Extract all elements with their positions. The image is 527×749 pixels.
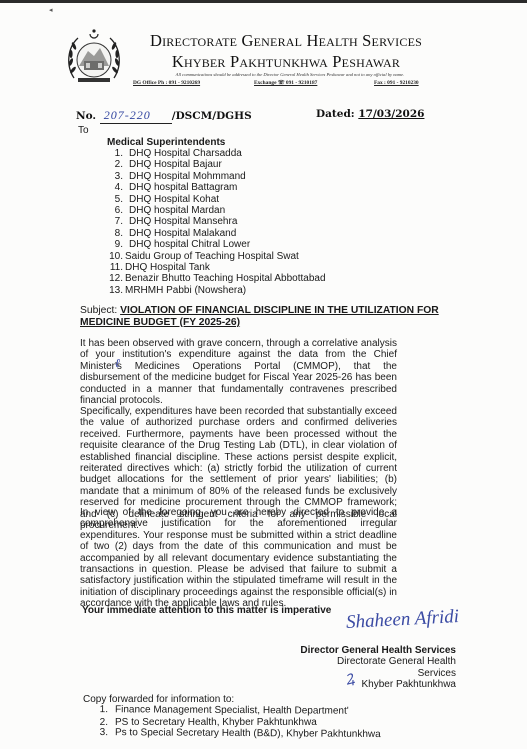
addressee-item-number: 9. [108,239,123,250]
copy-to-item-number: 3. [97,727,108,739]
signatory-province: Khyber Pakhtunkhwa [300,679,456,690]
addressee-item-text: DHQ Hospital Malakand [129,228,236,239]
addressee-item: 1.DHQ Hospital Charsadda [108,148,326,159]
addressee-item-number: 5. [108,194,123,205]
addressee-heading: Medical Superintendents [107,137,225,148]
letterhead-title-line1: Directorate General Health Services [136,33,436,50]
subject-text: VIOLATION OF FINANCIAL DISCIPLINE IN THE… [80,305,439,328]
body-paragraph-3: In view of the foregoing, you are hereby… [80,507,397,610]
reference-no-suffix: /DSCM/DGHS [172,110,252,122]
reference-number: No. 207-220/DSCM/DGHS [76,108,252,124]
addressee-item-number: 10. [108,251,123,262]
reference-no-label: No. [76,110,96,122]
addressee-item: 5.DHQ Hospital Kohat [108,194,326,205]
addressee-item-number: 6. [108,205,123,216]
copy-to-item-text: Ps to Special Secretary Health (B&D), Kh… [115,727,381,740]
addressee-item: 2.DHQ Hospital Bajaur [108,159,326,170]
copy-to-item-text: Finance Management Specialist, Health De… [115,704,349,716]
addressee-item-number: 11. [108,262,123,273]
addressee-list: 1.DHQ Hospital Charsadda2.DHQ Hospital B… [108,148,326,296]
copy-to-item: 3.Ps to Special Secretary Health (B&D), … [97,727,381,741]
letterhead-note: All communications should be addressed t… [140,72,440,77]
body-paragraph-1: It has been observed with grave concern,… [80,338,397,406]
addressee-item: 9.DHQ hospital Chitral Lower [108,239,326,250]
addressee-item-number: 3. [108,171,123,182]
addressee-item-text: DHQ Hospital Kohat [129,194,219,205]
addressee-item-number: 1. [108,148,123,159]
addressee-item-number: 8. [108,228,123,239]
addressee-item-number: 4. [108,182,123,193]
addressee-item: 6.DHQ hospital Mardan [108,205,326,216]
addressee-item-number: 7. [108,216,123,227]
subject-line: Subject: VIOLATION OF FINANCIAL DISCIPLI… [80,305,460,328]
addressee-item: 13.MRHMH Pabbi (Nowshera) [108,285,326,296]
addressee-item: 12.Benazir Bhutto Teaching Hospital Abbo… [108,273,326,284]
addressee-item-text: DHQ Hospital Charsadda [129,148,242,159]
signature-block: Director General Health Services Directo… [300,645,456,691]
dated-label: Dated: [316,108,355,120]
kp-emblem-icon [64,26,124,90]
addressee-item-number: 2. [108,159,123,170]
addressee-item-text: DHQ Hospital Bajaur [129,159,222,170]
addressee-item-text: DHQ Hospital Mansehra [129,216,237,227]
to-label: To [78,125,89,136]
dg-office-phone: DG Office Ph : 091 - 9210269 [133,80,200,86]
copy-to-item-number: 1. [97,704,108,716]
subject-label: Subject: [80,305,117,316]
copy-forwarded-list: 1.Finance Management Specialist, Health … [97,705,381,740]
addressee-item: 4.DHQ hospital Battagram [108,182,326,193]
date-line: Dated: 17/03/2026 [316,108,424,120]
exchange-phone: Exchange ☏ 091 - 9210187 [254,80,317,86]
fax-number: Fax : 091 - 9210230 [374,80,419,86]
addressee-item-text: DHQ hospital Battagram [129,182,237,193]
signatory-office: Directorate General Health Services [300,656,456,679]
addressee-item-number: 13. [108,285,123,296]
addressee-item-text: Benazir Bhutto Teaching Hospital Abbotta… [125,273,326,284]
addressee-item: 8.DHQ Hospital Malakand [108,228,326,239]
addressee-item-text: Saidu Group of Teaching Hospital Swat [125,251,299,262]
letterhead-title: Directorate General Health Services Khyb… [136,33,436,70]
addressee-item: 7.DHQ Hospital Mansehra [108,216,326,227]
letterhead-title-line2: Khyber Pakhtunkhwa Peshawar [136,54,436,71]
addressee-item-text: MRHMH Pabbi (Nowshera) [125,285,246,296]
addressee-item: 3.DHQ Hospital Mohmmand [108,171,326,182]
dated-value: 17/03/2026 [358,108,424,120]
closing-line: Your immediate attention to this matter … [82,605,331,616]
addressee-item-text: DHQ hospital Chitral Lower [129,239,250,250]
addressee-item-text: DHQ Hospital Mohmmand [129,171,246,182]
reference-no-handwritten: 207-220 [100,108,172,124]
addressee-item-text: DHQ hospital Mardan [129,205,225,216]
addressee-item-text: DHQ Hospital Tank [125,262,210,273]
copy-to-item: 1.Finance Management Specialist, Health … [97,704,381,717]
addressee-item: 10.Saidu Group of Teaching Hospital Swat [108,251,326,262]
copy-to-item-text: PS to Secretary Health, Khyber Pakhtunkh… [115,717,317,728]
addressee-item: 11.DHQ Hospital Tank [108,262,326,273]
addressee-item-number: 12. [108,273,123,284]
scan-speck: ◂ [49,6,53,14]
pen-mark: ℓ [115,356,120,371]
signatory-title: Director General Health Services [300,645,456,656]
